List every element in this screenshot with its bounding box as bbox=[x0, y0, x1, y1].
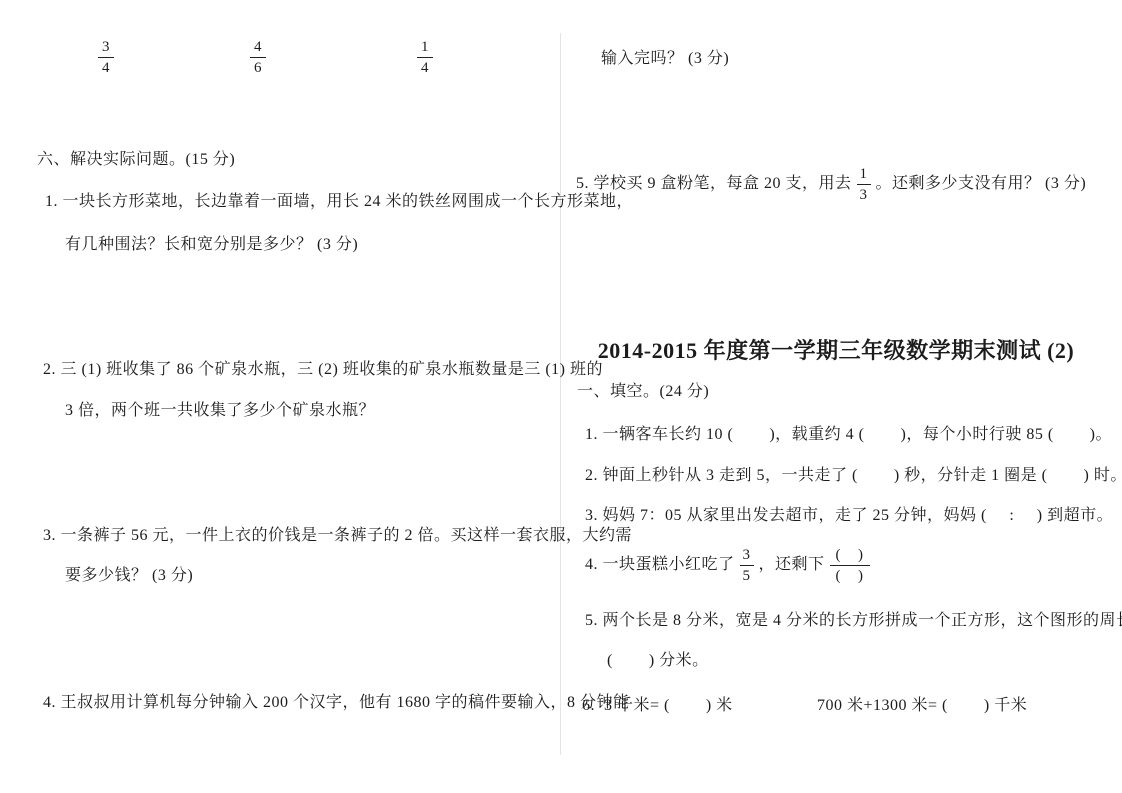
word-problem-3-line-2: 要多少钱？ (3 分) bbox=[65, 567, 193, 585]
fill-blank-q4-prefix: 4. 一块蛋糕小红吃了 bbox=[585, 556, 735, 574]
fraction-numerator: 3 bbox=[740, 547, 754, 566]
fraction-denominator: 6 bbox=[250, 58, 266, 76]
fraction-numerator: 4 bbox=[250, 38, 266, 58]
fill-blank-q4-mid: ，还剩下 bbox=[759, 556, 825, 574]
fraction-numerator: 1 bbox=[857, 166, 871, 185]
fraction-3-5: 35 bbox=[740, 547, 754, 584]
page-divider bbox=[560, 33, 561, 755]
exam-paper-canvas: 3 4 4 6 1 4 六、解决实际问题。(15 分) 1. 一块长方形菜地，长… bbox=[0, 0, 1122, 793]
word-problem-3-line-1: 3. 一条裤子 56 元，一件上衣的价钱是一条裤子的 2 倍。买这样一套衣服，大… bbox=[43, 527, 632, 545]
fill-blank-q5-line-1: 5. 两个长是 8 分米，宽是 4 分米的长方形拼成一个正方形，这个图形的周长是 bbox=[585, 612, 1122, 630]
section-six-heading: 六、解决实际问题。(15 分) bbox=[37, 151, 235, 169]
fraction-denominator: 5 bbox=[740, 566, 754, 584]
word-problem-2-line-1: 2. 三 (1) 班收集了 86 个矿泉水瓶，三 (2) 班收集的矿泉水瓶数量是… bbox=[43, 361, 603, 379]
fill-blank-q1: 1. 一辆客车长约 10 ( )，载重约 4 ( )，每个小时行驶 85 ( )… bbox=[585, 426, 1112, 444]
fill-blank-q2: 2. 钟面上秒针从 3 走到 5，一共走了 ( ) 秒，分针走 1 圈是 ( )… bbox=[585, 467, 1122, 485]
fraction-1-3: 13 bbox=[857, 166, 871, 203]
fraction-numerator-blank: ( ) bbox=[830, 547, 870, 566]
word-problem-1-line-1: 1. 一块长方形菜地，长边靠着一面墙，用长 24 米的铁丝网围成一个长方形菜地， bbox=[45, 193, 633, 211]
word-problem-4-line-1: 4. 王叔叔用计算机每分钟输入 200 个汉字，他有 1680 字的稿件要输入，… bbox=[43, 694, 630, 712]
answer-fraction-4-6: 4 6 bbox=[250, 38, 266, 76]
fraction-denominator: 3 bbox=[857, 185, 871, 203]
test-2-title: 2014-2015 年度第一学期三年级数学期末测试 (2) bbox=[562, 334, 1110, 365]
word-problem-2-line-2: 3 倍，两个班一共收集了多少个矿泉水瓶？ bbox=[65, 402, 375, 420]
fill-blank-q3: 3. 妈妈 7：05 从家里出发去超市，走了 25 分钟，妈妈 ( : ) 到超… bbox=[585, 507, 1113, 525]
answer-fraction-1-4: 1 4 bbox=[417, 38, 433, 76]
section-one-heading: 一、填空。(24 分) bbox=[577, 383, 709, 401]
fraction-denominator-blank: ( ) bbox=[830, 566, 870, 584]
fill-blank-q4: 4. 一块蛋糕小红吃了 35 ，还剩下 ( )( ) bbox=[585, 537, 870, 593]
fraction-numerator: 1 bbox=[417, 38, 433, 58]
fraction-numerator: 3 bbox=[98, 38, 114, 58]
blank-answer-fraction: ( )( ) bbox=[830, 547, 870, 584]
fill-blank-q6-part-1: 6. 3 千米= ( ) 米 bbox=[582, 697, 733, 715]
fraction-denominator: 4 bbox=[417, 58, 433, 76]
fill-blank-q6-part-2: 700 米+1300 米= ( ) 千米 bbox=[817, 697, 1027, 715]
answer-fraction-3-4: 3 4 bbox=[98, 38, 114, 76]
word-problem-5-suffix: 。还剩多少支没有用？ (3 分) bbox=[876, 175, 1087, 193]
word-problem-5: 5. 学校买 9 盒粉笔，每盒 20 支，用去 13 。还剩多少支没有用？ (3… bbox=[576, 156, 1086, 212]
fraction-denominator: 4 bbox=[98, 58, 114, 76]
word-problem-4-continuation: 输入完吗？ (3 分) bbox=[601, 50, 729, 68]
word-problem-1-line-2: 有几种围法？长和宽分别是多少？ (3 分) bbox=[65, 236, 358, 254]
word-problem-5-prefix: 5. 学校买 9 盒粉笔，每盒 20 支，用去 bbox=[576, 175, 852, 193]
fill-blank-q5-line-2: ( ) 分米。 bbox=[607, 652, 709, 670]
